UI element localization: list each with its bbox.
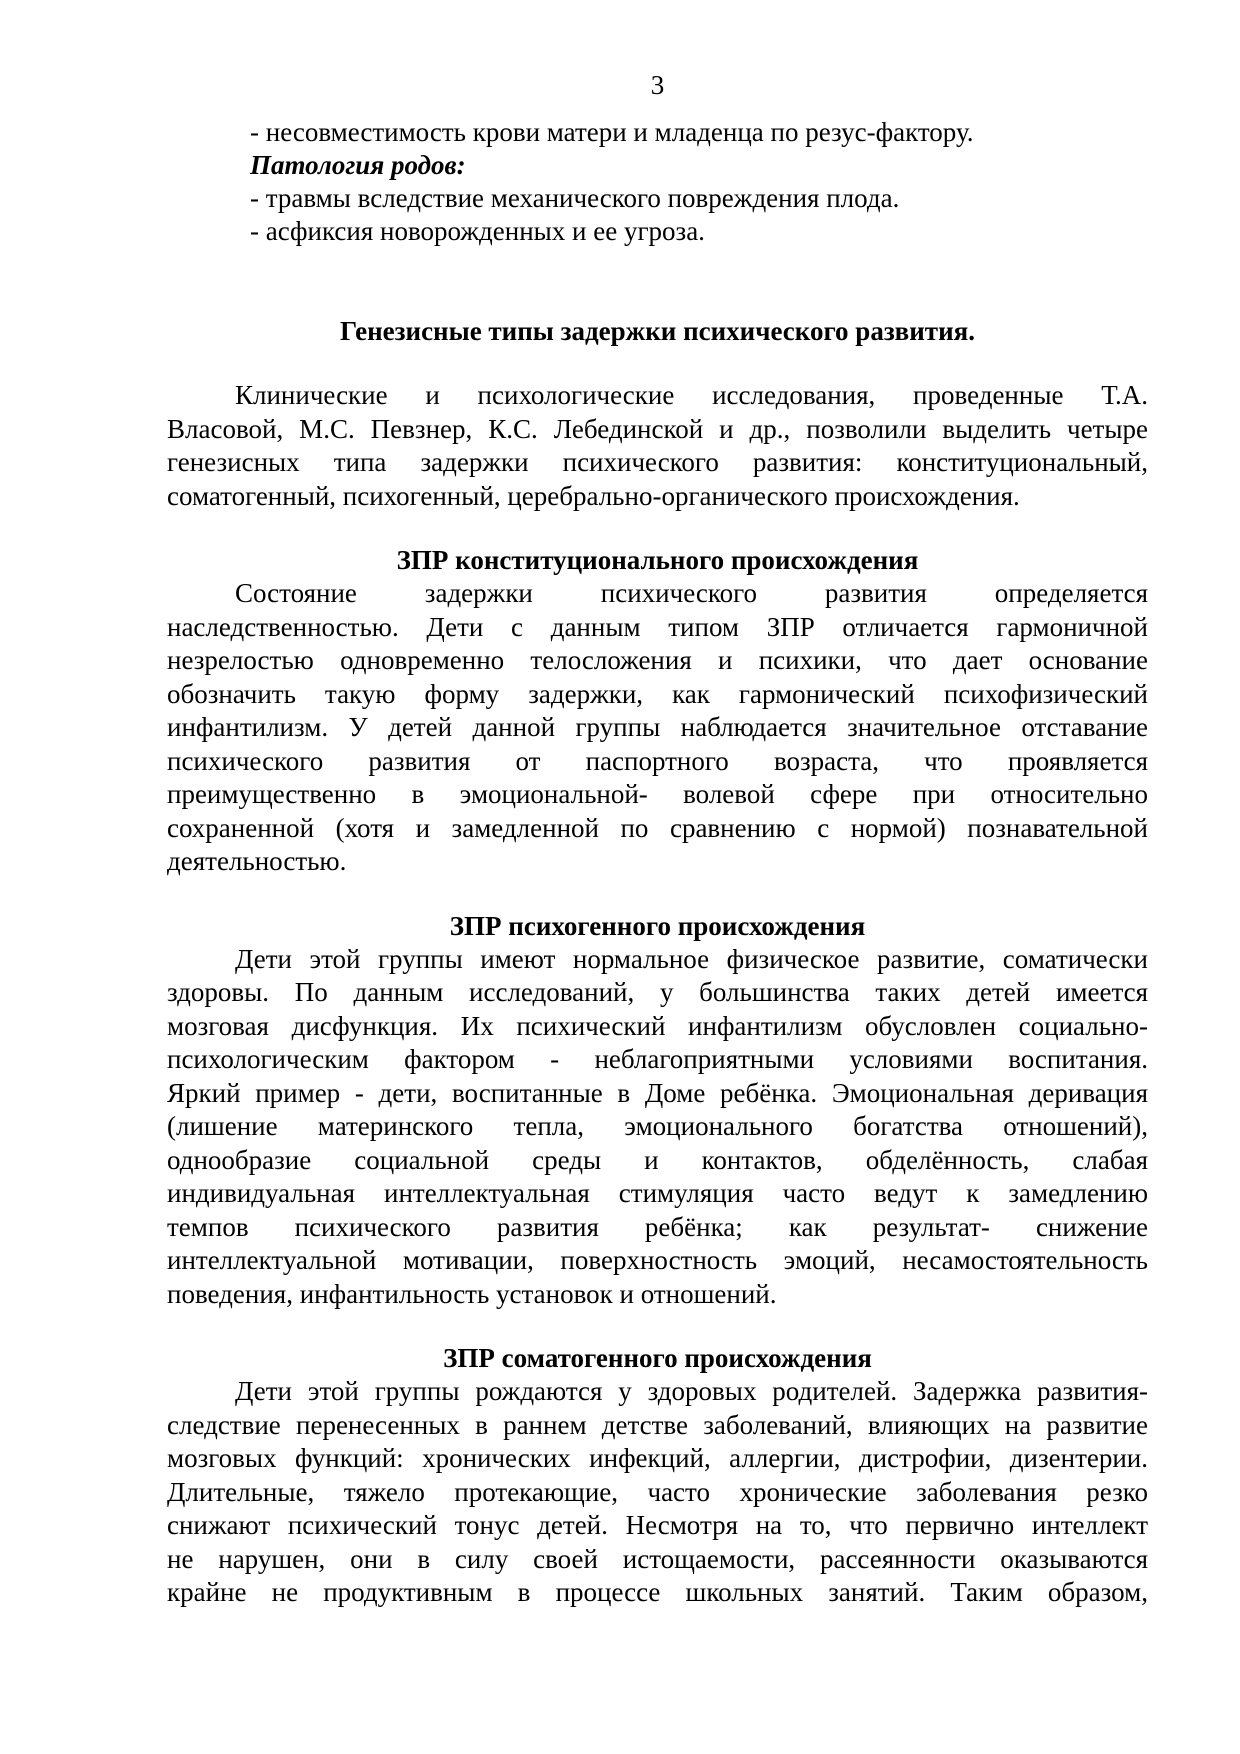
- paragraph-line: обозначить такую форму задержки, как гар…: [167, 678, 1148, 712]
- paragraph-line: здоровы. По данным исследований, у больш…: [167, 976, 1148, 1010]
- paragraph-line: однообразие социальной среды и контактов…: [167, 1144, 1148, 1178]
- paragraph-line: снижают психический тонус детей. Несмотр…: [167, 1509, 1148, 1543]
- paragraph-line: Власовой, М.С. Певзнер, К.С. Лебединской…: [167, 413, 1148, 447]
- intro-line: - травмы вследствие механического повреж…: [167, 182, 1148, 215]
- paragraph-line: мозговых функций: хронических инфекций, …: [167, 1442, 1148, 1476]
- paragraph-line: инфантилизм. У детей данной группы наблю…: [167, 711, 1148, 745]
- paragraph-line: Клинические и психологические исследован…: [167, 379, 1148, 413]
- section-heading: ЗПР конституционального происхождения: [167, 543, 1148, 577]
- paragraph-line: не нарушен, они в силу своей истощаемост…: [167, 1543, 1148, 1577]
- paragraph-line: интеллектуальной мотивации, поверхностно…: [167, 1244, 1148, 1278]
- section-heading: ЗПР соматогенного происхождения: [167, 1341, 1148, 1375]
- paragraph-line: следствие перенесенных в раннем детстве …: [167, 1409, 1148, 1443]
- paragraph-line: соматогенный, психогенный, церебрально-о…: [167, 480, 1148, 514]
- paragraph-line: Длительные, тяжело протекающие, часто хр…: [167, 1476, 1148, 1510]
- paragraph-line: мозговая дисфункция. Их психический инфа…: [167, 1010, 1148, 1044]
- paragraph-line: поведения, инфантильность установок и от…: [167, 1278, 1148, 1312]
- paragraph-line: Яркий пример - дети, воспитанные в Доме …: [167, 1077, 1148, 1111]
- paragraph-line: Дети этой группы имеют нормальное физиче…: [167, 943, 1148, 977]
- paragraph: Дети этой группы рождаются у здоровых ро…: [167, 1375, 1148, 1610]
- page-number: 3: [167, 68, 1148, 102]
- paragraph: Состояние задержки психического развития…: [167, 577, 1148, 879]
- section-heading: ЗПР психогенного происхождения: [167, 909, 1148, 943]
- document-page: 3 - несовместимость крови матери и младе…: [0, 0, 1240, 1754]
- paragraph: Клинические и психологические исследован…: [167, 379, 1148, 513]
- section-heading: Генезисные типы задержки психического ра…: [167, 314, 1148, 348]
- paragraph-line: индивидуальная интеллектуальная стимуляц…: [167, 1177, 1148, 1211]
- paragraph-line: психического развития от паспортного воз…: [167, 745, 1148, 779]
- intro-line: - асфиксия новорожденных и ее угроза.: [167, 215, 1148, 248]
- paragraph-line: наследственностью. Дети с данным типом З…: [167, 611, 1148, 645]
- paragraph-line: незрелостью одновременно телосложения и …: [167, 644, 1148, 678]
- paragraph-line: темпов психического развития ребёнка; ка…: [167, 1211, 1148, 1245]
- paragraph-line: преимущественно в эмоциональной- волевой…: [167, 778, 1148, 812]
- intro-line: Патология родов:: [167, 149, 1148, 182]
- document-body: - несовместимость крови матери и младенц…: [167, 116, 1148, 1610]
- paragraph-line: (лишение материнского тепла, эмоциональн…: [167, 1110, 1148, 1144]
- paragraph-line: крайне не продуктивным в процессе школьн…: [167, 1576, 1148, 1610]
- paragraph-line: деятельностью.: [167, 845, 1148, 879]
- paragraph-line: Состояние задержки психического развития…: [167, 577, 1148, 611]
- intro-line: - несовместимость крови матери и младенц…: [167, 116, 1148, 149]
- paragraph-line: генезисных типа задержки психического ра…: [167, 446, 1148, 480]
- paragraph-line: психологическим фактором - неблагоприятн…: [167, 1043, 1148, 1077]
- paragraph: Дети этой группы имеют нормальное физиче…: [167, 943, 1148, 1312]
- paragraph-line: сохраненной (хотя и замедленной по сравн…: [167, 812, 1148, 846]
- paragraph-line: Дети этой группы рождаются у здоровых ро…: [167, 1375, 1148, 1409]
